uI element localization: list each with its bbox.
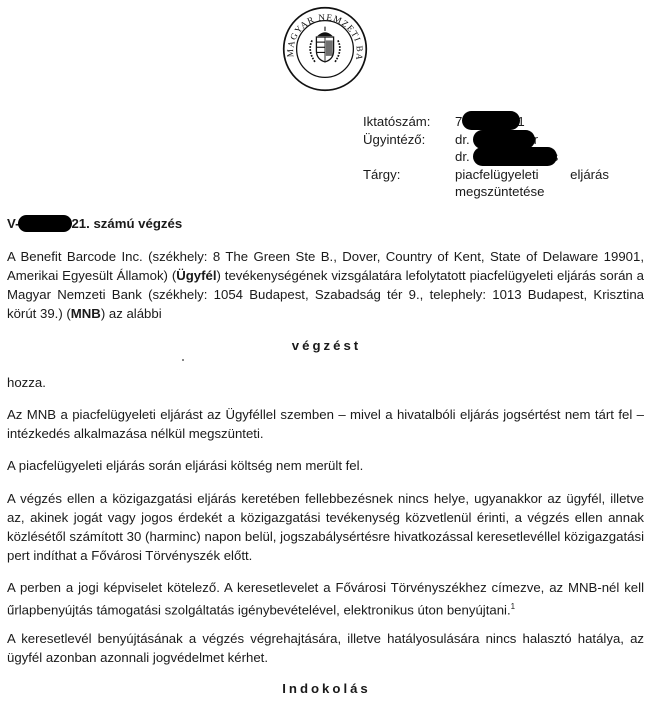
document-meta: Iktatószám: 71 Ügyintéző: dr.r dr.s Tárg… xyxy=(363,113,615,201)
subject-value: piacfelügyeletieljárás xyxy=(455,166,615,184)
reference-label: Iktatószám: xyxy=(363,113,455,131)
reasoning-heading: Indokolás xyxy=(0,681,653,696)
case-officer-value-2: dr.s xyxy=(455,148,615,166)
reference-value: 71 xyxy=(455,113,615,131)
hozza-text: hozza. xyxy=(7,373,644,392)
footnote-ref[interactable]: 1 xyxy=(511,602,515,611)
paragraph-suspension: A keresetlevél benyújtásának a végzés vé… xyxy=(7,629,644,667)
case-officer-label: Ügyintéző: xyxy=(363,131,455,149)
meta-row-reference: Iktatószám: 71 xyxy=(363,113,615,131)
intro-paragraph: A Benefit Barcode Inc. (székhely: 8 The … xyxy=(7,247,644,323)
meta-row-subject: Tárgy: piacfelügyeletieljárás xyxy=(363,166,615,184)
paragraph-representation: A perben a jogi képviselet kötelező. A k… xyxy=(7,578,644,619)
paragraph-appeal: A végzés ellen a közigazgatási eljárás k… xyxy=(7,489,644,565)
client-term: Ügyfél xyxy=(176,268,216,283)
redaction xyxy=(473,147,557,166)
document-title: V-21. számú végzés xyxy=(7,215,182,232)
paragraph-termination: Az MNB a piacfelügyeleti eljárást az Ügy… xyxy=(7,405,644,443)
case-officer-value-1: dr.r xyxy=(455,131,615,149)
subject-value-line2: megszüntetése xyxy=(455,183,615,201)
redaction xyxy=(18,215,72,232)
meta-row-case-officer: Ügyintéző: dr.r xyxy=(363,131,615,149)
redaction xyxy=(473,130,535,149)
mnb-seal-icon: MAGYAR NEMZETI BANK xyxy=(282,6,368,92)
paragraph-costs: A piacfelügyeleti eljárás során eljárási… xyxy=(7,456,644,475)
decision-heading: végzést xyxy=(0,338,653,353)
redaction xyxy=(462,111,520,130)
mnb-term: MNB xyxy=(71,306,101,321)
subject-label: Tárgy: xyxy=(363,166,455,184)
meta-row-case-officer-2: dr.s xyxy=(363,148,615,166)
